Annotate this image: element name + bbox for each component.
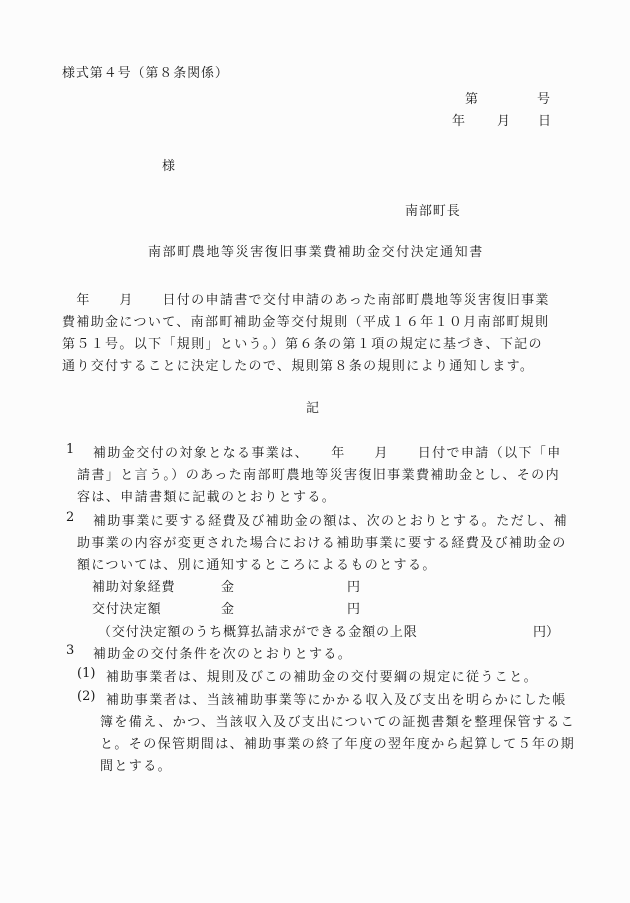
intro-line: 費補助金について、南部町補助金等交付規則（平成１６年１０月南部町規則 [62,311,549,330]
doc-number-prefix: 第 [465,88,478,107]
addressee-suffix: 様 [162,155,175,174]
condition-line: 補助事業者は、当該補助事業等にかかる収入及び支出を明らかにした帳 [106,689,567,708]
date-year: 年 [452,110,465,129]
amount-prefix: 金 [221,576,234,595]
condition-line: 簿を備え、かつ、当該収入及び支出についての証拠書類を整理保管するこ [100,711,575,730]
ki-heading: 記 [306,397,319,416]
condition-line: 間とする。 [100,755,172,774]
intro-line: 通り交付することに決定したので、規則第８条の規則により通知します。 [62,355,534,374]
condition-number: (1) [77,666,95,681]
form-label: 様式第４号（第８条関係） [62,62,229,81]
advance-payment-unit: 円） [533,621,559,640]
intro-line: 第５１号。以下「規則」という。）第６条の第１項の規定に基づき、下記の [62,333,543,352]
issuer: 南部町長 [405,200,461,219]
document-title: 南部町農地等災害復旧事業費補助金交付決定通知書 [148,241,484,260]
condition-line: 補助事業者は、規則及びこの補助金の交付要綱の規定に従うこと。 [106,666,538,685]
date-month: 月 [497,110,510,129]
item-number: 3 [66,643,74,658]
item-line: 容は、申請書類に記載のとおりとする。 [77,486,336,505]
intro-line: 年 月 日付の申請書で交付申請のあった南部町農地等災害復旧事業 [62,289,550,308]
item-number: 2 [66,510,74,525]
item-line: 補助金交付の対象となる事業は、 年 月 日付で申請（以下「申 [93,442,562,461]
condition-number: (2) [77,689,95,704]
advance-payment-note: （交付決定額のうち概算払請求ができる金額の上限 [98,621,418,640]
item-number: 1 [66,442,74,457]
amount-unit: 円 [347,576,360,595]
intro-paragraph: 年 月 日付の申請書で交付申請のあった南部町農地等災害復旧事業 費補助金について… [62,289,582,379]
item-text: 補助金の交付条件を次のとおりとする。 [93,643,352,662]
amount-unit: 円 [347,598,360,617]
date-day: 日 [538,110,551,129]
item-line: 請書」と言う。）のあった南部町農地等災害復旧事業費補助金とし、その内 [77,464,560,483]
item-line: 助事業の内容が変更された場合における補助事業に要する経費及び補助金の [77,532,567,551]
amount-label: 交付決定額 [92,598,162,617]
doc-number-suffix: 号 [537,88,550,107]
item-line: 補助事業に要する経費及び補助金の額は、次のとおりとする。ただし、補 [93,510,568,529]
amount-prefix: 金 [221,598,234,617]
amount-label: 補助対象経費 [92,576,175,595]
item-line: 額については、別に通知するところによるものとする。 [77,554,437,573]
condition-line: と。その保管期間は、補助事業の終了年度の翌年度から起算して５年の期 [100,733,575,752]
